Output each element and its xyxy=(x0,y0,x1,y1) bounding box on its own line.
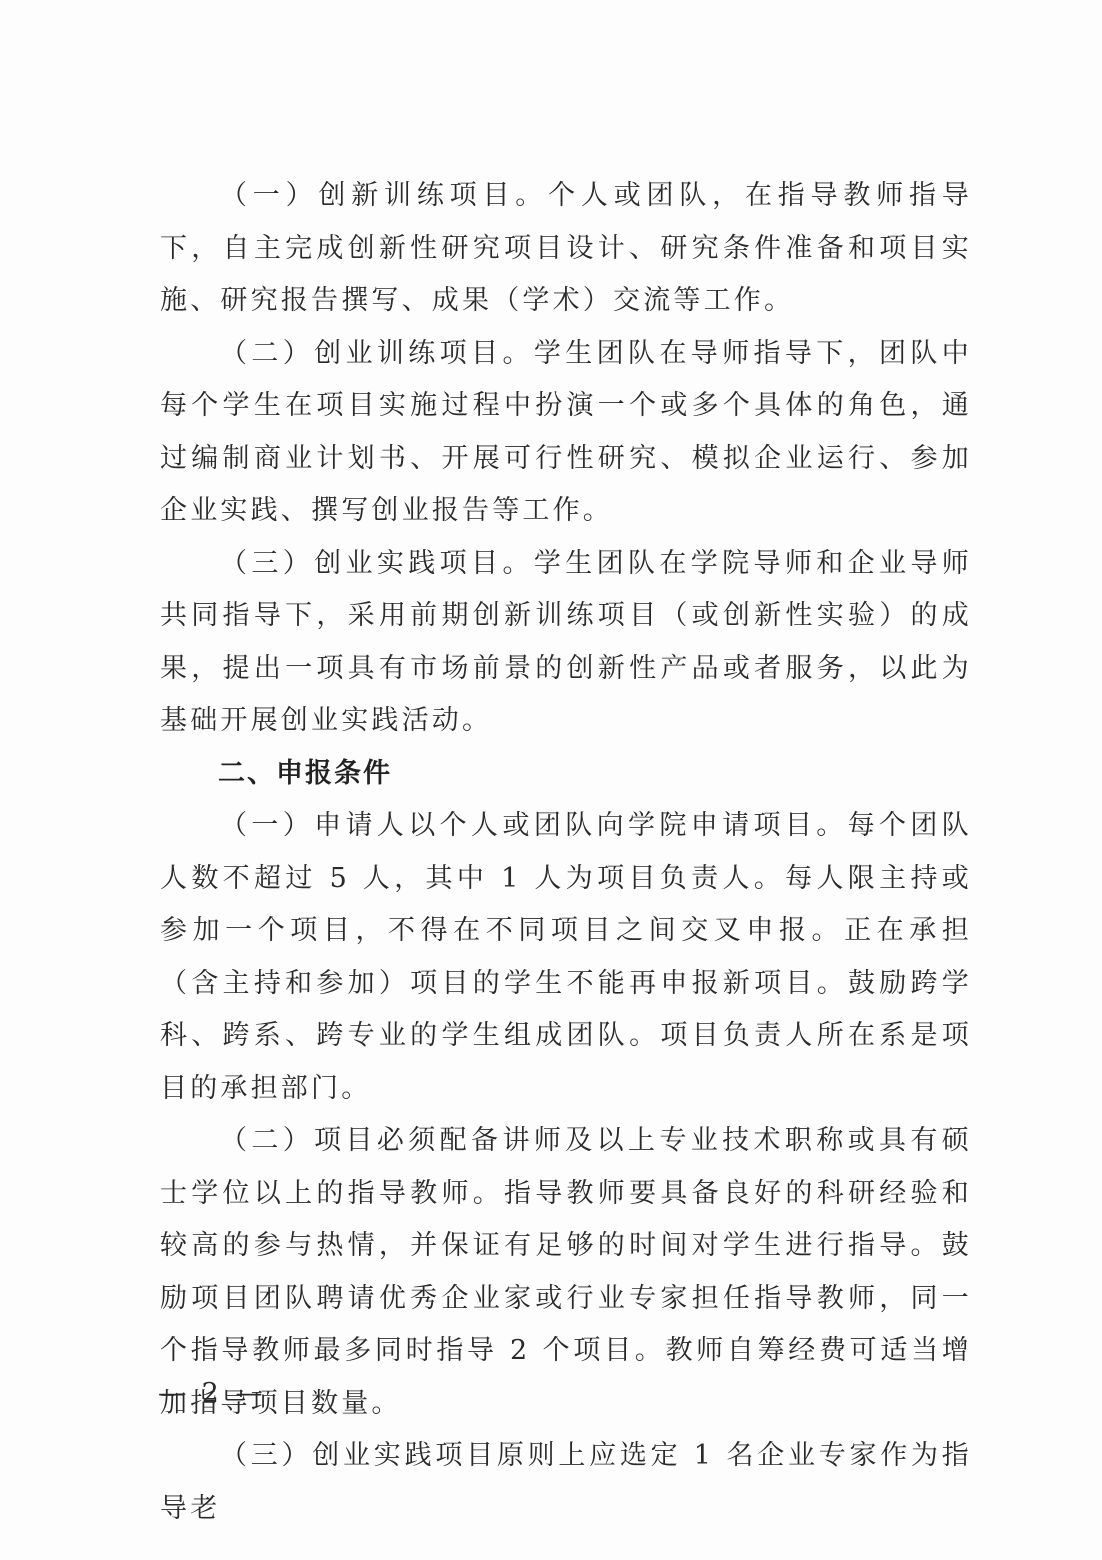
paragraph-entrepreneurship-training: （二）创业训练项目。学生团队在导师指导下，团队中每个学生在项目实施过程中扮演一个… xyxy=(160,328,972,538)
paragraph-condition-team: （一）申请人以个人或团队向学院申请项目。每个团队人数不超过 5 人，其中 1 人… xyxy=(160,800,972,1115)
paragraph-innovation-training: （一）创新训练项目。个人或团队，在指导教师指导下，自主完成创新性研究项目设计、研… xyxy=(160,170,972,328)
document-page: （一）创新训练项目。个人或团队，在指导教师指导下，自主完成创新性研究项目设计、研… xyxy=(0,0,1102,1560)
document-body: （一）创新训练项目。个人或团队，在指导教师指导下，自主完成创新性研究项目设计、研… xyxy=(160,170,972,1535)
paragraph-condition-advisor: （二）项目必须配备讲师及以上专业技术职称或具有硕士学位以上的指导教师。指导教师要… xyxy=(160,1115,972,1430)
paragraph-entrepreneurship-practice: （三）创业实践项目。学生团队在学院导师和企业导师共同指导下，采用前期创新训练项目… xyxy=(160,538,972,748)
section-heading-application-conditions: 二、申报条件 xyxy=(160,748,972,801)
page-number: — 2 — xyxy=(158,1378,266,1409)
paragraph-condition-enterprise-expert: （三）创业实践项目原则上应选定 1 名企业专家作为指导老 xyxy=(160,1430,972,1535)
